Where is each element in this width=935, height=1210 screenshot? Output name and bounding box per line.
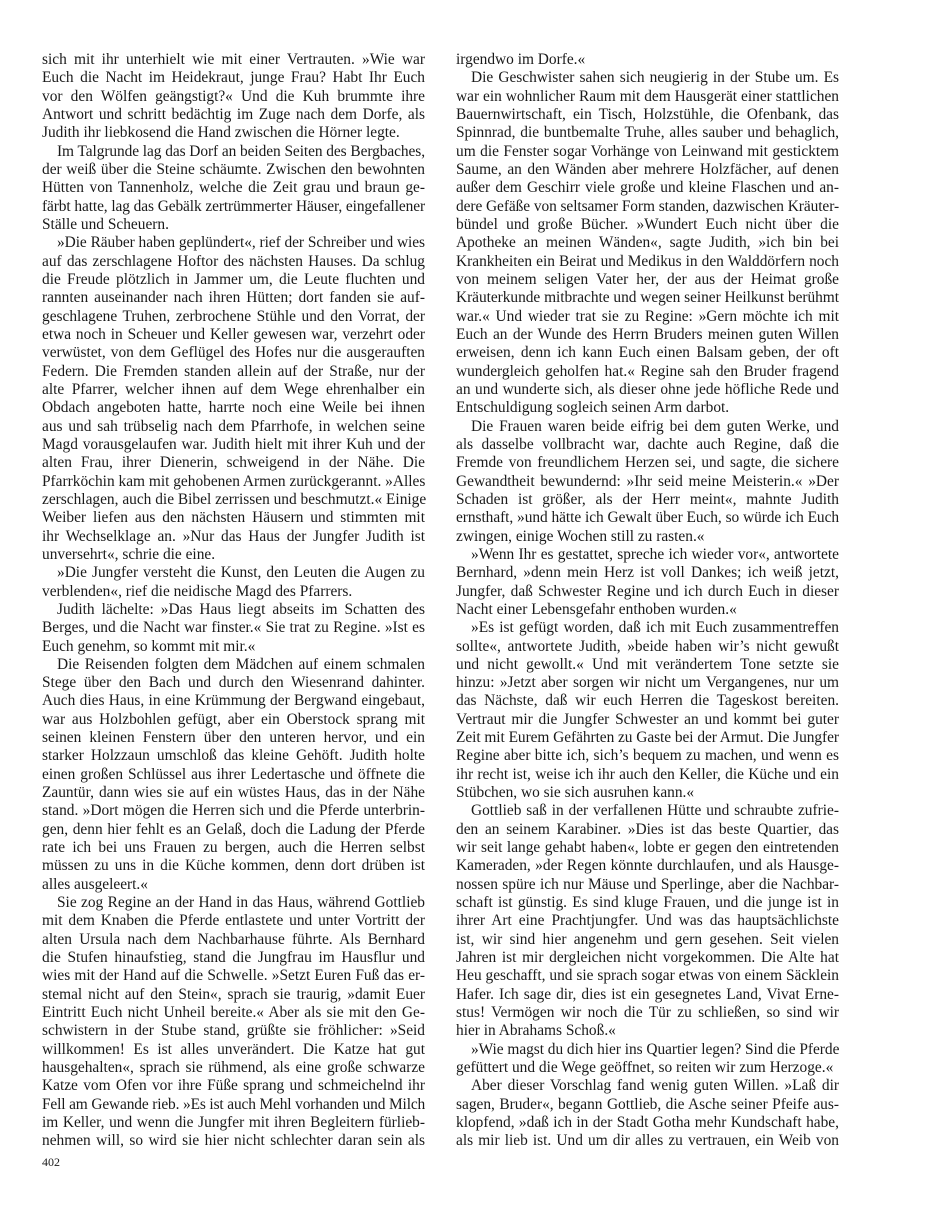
text-line: ihr recht ist, weise ich ihr auch den Ke… — [456, 766, 839, 784]
text-line: Federn. Die Fremden standen allein auf d… — [42, 363, 425, 381]
text-line: ihrer Art eine Prachtjungfer. Und was da… — [456, 912, 839, 930]
text-line: sollte«, antwortete Judith, »beide haben… — [456, 638, 839, 656]
text-line: Vertraut mir die Jungfer Schwester an un… — [456, 711, 839, 729]
text-line: Schaden ist größer, als der Herr meint«,… — [456, 491, 839, 509]
text-line: den an seinem Karabiner. »Dies ist das b… — [456, 821, 839, 839]
text-line: alte Pfarrer, welcher ihnen auf dem Wege… — [42, 381, 425, 399]
text-line: »Die Räuber haben geplündert«, rief der … — [42, 234, 425, 252]
page-number: 402 — [42, 1155, 60, 1170]
text-line: Die Frauen waren beide eifrig bei dem gu… — [456, 418, 839, 436]
text-line: Berges, und die Nacht war finster.« Sie … — [42, 619, 425, 637]
text-line: die Stufen hinaufstieg, stand die Jungfr… — [42, 949, 425, 967]
text-line: Bernhard, »denn mein Herz ist voll Danke… — [456, 564, 839, 582]
text-line: ihr Wechselklage an. »Nur das Haus der J… — [42, 528, 425, 546]
text-line: Euch an der Wunde des Herrn Bruders mein… — [456, 326, 839, 344]
text-line: aus und sah trübselig nach dem Pfarrhofe… — [42, 418, 425, 436]
text-line: auf das zerschlagene Hoftor des nächsten… — [42, 253, 425, 271]
text-line: als dasselbe vollbracht war, dachte auch… — [456, 436, 839, 454]
text-line: verwüstet, von dem Geflügel des Hofes nu… — [42, 344, 425, 362]
text-line: alten Ursula nach dem Nachbarhause führt… — [42, 931, 425, 949]
text-line: irgendwo im Dorfe.« — [456, 51, 839, 69]
text-line: zerschlagen, auch die Bibel zerrissen un… — [42, 491, 425, 509]
text-line: verblenden«, rief die neidische Magd des… — [42, 583, 425, 601]
text-line: im Keller, und wenn die Jungfer mit ihre… — [42, 1114, 425, 1132]
text-line: erweisen, denn ich kann Euch einen Balsa… — [456, 344, 839, 362]
text-line: Hafer. Ich sage dir, dies ist ein gesegn… — [456, 986, 839, 1004]
text-line: und nicht gewollt.« Und mit verändertem … — [456, 656, 839, 674]
text-line: rannten auseinander nach ihren Hütten; d… — [42, 289, 425, 307]
text-line: Judith lächelte: »Das Haus liegt abseits… — [42, 601, 425, 619]
text-line: Bauernwirtschaft, ein Tisch, Holzstühle,… — [456, 106, 839, 124]
text-line: wundergleich geholfen hat.« Regine sah d… — [456, 363, 839, 381]
text-line: Jahren ist mir dergleichen nicht vorgeko… — [456, 949, 839, 967]
text-line: »Wenn Ihr es gestattet, spreche ich wied… — [456, 546, 839, 564]
text-line: Spinnrad, die buntbemalte Truhe, alles s… — [456, 124, 839, 142]
text-line: Entschuldigung sogleich seinen Arm darbo… — [456, 399, 839, 417]
text-line: hausgehalten«, sprach sie rühmend, als e… — [42, 1059, 425, 1077]
text-line: an und wunderte sich, als dieser ohne je… — [456, 381, 839, 399]
text-line: von meinem seligen Vater her, der aus de… — [456, 271, 839, 289]
left-column: sich mit ihr unterhielt wie mit einer Ve… — [42, 51, 425, 1151]
text-line: Die Geschwister sahen sich neugierig in … — [456, 69, 839, 87]
text-line: Stübchen, wo sie sich ausruhen kann.« — [456, 784, 839, 802]
text-line: das Nächste, daß wir euch Herren die Tag… — [456, 692, 839, 710]
text-line: Eintritt Euch nicht Unheil bereite.« Abe… — [42, 1004, 425, 1022]
text-line: ist, wir sind hier angenehm und gern ges… — [456, 931, 839, 949]
text-line: um die Fenster sogar Vorhänge von Leinwa… — [456, 143, 839, 161]
text-line: hier in Abrahams Schoß.« — [456, 1022, 839, 1040]
text-line: Saume, an den Wänden aber mehrere Holzfä… — [456, 161, 839, 179]
text-line: alten Frau, ihrer Dienerin, schweigend i… — [42, 454, 425, 472]
text-line: wies mit der Hand auf die Schwelle. »Set… — [42, 967, 425, 985]
text-line: stand. »Dort mögen die Herren sich und d… — [42, 802, 425, 820]
text-line: Heu geschafft, und sie sprach sogar etwa… — [456, 967, 839, 985]
text-line: nehmen will, so wird sie hier nicht schl… — [42, 1132, 425, 1150]
text-line: Antwort und schritt bedächtig im Zuge na… — [42, 106, 425, 124]
text-line: klopfend, »daß ich in der Stadt Gotha me… — [456, 1114, 839, 1132]
text-line: Hütten von Tannenholz, welche die Zeit g… — [42, 179, 425, 197]
text-line: war ein wohnlicher Raum mit dem Hausgerä… — [456, 88, 839, 106]
text-line: etwa noch in Scheuer und Keller gewesen … — [42, 326, 425, 344]
text-line: der weiß über die Steine schäumte. Zwisc… — [42, 161, 425, 179]
text-line: Auch dies Haus, in eine Krümmung der Ber… — [42, 692, 425, 710]
text-line: Katze vom Ofen vor ihre Füße sprang und … — [42, 1077, 425, 1095]
text-line: ernsthaft, »und hätte ich Gewalt über Eu… — [456, 509, 839, 527]
text-line: Sie zog Regine an der Hand in das Haus, … — [42, 894, 425, 912]
text-line: gen, denn hier fehlt es an Gelaß, doch d… — [42, 821, 425, 839]
text-line: gefüttert und die Wege geöffnet, so reit… — [456, 1059, 839, 1077]
text-line: schaft ist günstig. Es sind kluge Frauen… — [456, 894, 839, 912]
text-line: müssen zu uns in die Küche kommen, denn … — [42, 857, 425, 875]
text-line: alles ausgeleert.« — [42, 876, 425, 894]
text-line: Gottlieb saß in der verfallenen Hütte un… — [456, 802, 839, 820]
text-line: Stege über den Bach und durch den Wiesen… — [42, 674, 425, 692]
text-line: Regine aber bitte ich, sich’s bequem zu … — [456, 747, 839, 765]
text-line: war aus Holzbohlen gefügt, aber ein Ober… — [42, 711, 425, 729]
right-column: irgendwo im Dorfe.«Die Geschwister sahen… — [456, 51, 839, 1151]
text-line: Aber dieser Vorschlag fand wenig guten W… — [456, 1077, 839, 1095]
text-line: sich mit ihr unterhielt wie mit einer Ve… — [42, 51, 425, 69]
text-line: schwistern in der Stube stand, grüßte si… — [42, 1022, 425, 1040]
text-line: war.« Und wieder trat sie zu Regine: »Ge… — [456, 308, 839, 326]
text-line: hinzu: »Jetzt aber sorgen wir nicht um V… — [456, 674, 839, 692]
text-line: »Es ist gefügt worden, daß ich mit Euch … — [456, 619, 839, 637]
text-line: Im Talgrunde lag das Dorf an beiden Seit… — [42, 143, 425, 161]
text-line: einen großen Schlüssel aus ihrer Lederta… — [42, 766, 425, 784]
text-line: wir seit lange gehabt haben«, lobte er g… — [456, 839, 839, 857]
text-line: außer dem Geschirr viele große und klein… — [456, 179, 839, 197]
text-line: mit dem Knaben die Pferde entlastete und… — [42, 912, 425, 930]
text-line: seinen kleinen Fenstern über den unteren… — [42, 729, 425, 747]
text-line: Zeit mit Eurem Gefährten zu Gaste bei de… — [456, 729, 839, 747]
text-line: nossen spüre ich nur Mäuse und Sperlinge… — [456, 876, 839, 894]
text-line: Magd vorausgelaufen war. Judith hielt mi… — [42, 436, 425, 454]
text-line: Euch die Nacht im Heidekraut, junge Frau… — [42, 69, 425, 87]
text-line: Weiber liefen aus den nächsten Häusern u… — [42, 509, 425, 527]
text-line: Euch genehm, so kommt mit mir.« — [42, 638, 425, 656]
text-line: Gewandtheit bewundernd: »Ihr seid meine … — [456, 473, 839, 491]
text-line: Kräuterkunde mitbrachte und wegen seiner… — [456, 289, 839, 307]
text-line: Fell am Gewande rieb. »Es ist auch Mehl … — [42, 1096, 425, 1114]
text-line: rate ich bei uns Frauen zu bergen, auch … — [42, 839, 425, 857]
text-line: Pfarrköchin kam mit gehobenen Armen zurü… — [42, 473, 425, 491]
text-line: starker Holzzaun umschloß das kleine Geh… — [42, 747, 425, 765]
text-line: Nacht einer Lebensgefahr enthoben wurden… — [456, 601, 839, 619]
text-line: stus! Vermögen wir noch die Tür zu schli… — [456, 1004, 839, 1022]
text-line: vor den Wölfen geängstigt?« Und die Kuh … — [42, 88, 425, 106]
text-line: »Wie magst du dich hier ins Quartier leg… — [456, 1041, 839, 1059]
text-line: geschlagene Truhen, zerbrochene Stühle u… — [42, 308, 425, 326]
text-line: bündel und große Bücher. »Wundert Euch n… — [456, 216, 839, 234]
text-line: unversehrt«, schrie die eine. — [42, 546, 425, 564]
text-line: Fremde von freundlichem Herzen sei, und … — [456, 454, 839, 472]
text-line: dere Gefäße von seltsamer Form standen, … — [456, 198, 839, 216]
text-line: färbt hatte, lag das Gebälk zertrümmerte… — [42, 198, 425, 216]
text-line: stemal nicht auf den Stein«, sprach sie … — [42, 986, 425, 1004]
text-line: sagen, Bruder«, begann Gottlieb, die Asc… — [456, 1096, 839, 1114]
text-line: als mir lieb ist. Und um dir alles zu ve… — [456, 1132, 839, 1150]
text-line: Jungfer, daß Schwester Regine und ich du… — [456, 583, 839, 601]
text-line: Die Reisenden folgten dem Mädchen auf ei… — [42, 656, 425, 674]
text-line: zwingen, einige Wochen still zu rasten.« — [456, 528, 839, 546]
text-line: Obdach angeboten hatte, harrte noch eine… — [42, 399, 425, 417]
text-line: Ställe und Scheuern. — [42, 216, 425, 234]
text-line: willkommen! Es ist alles unverändert. Di… — [42, 1041, 425, 1059]
text-line: Apotheke an meinen Wänden«, sagte Judith… — [456, 234, 839, 252]
text-line: Judith ihr liebkosend die Hand zwischen … — [42, 124, 425, 142]
text-line: »Die Jungfer versteht die Kunst, den Leu… — [42, 564, 425, 582]
text-line: Kameraden, »der Regen könnte durchlaufen… — [456, 857, 839, 875]
text-line: Krankheiten ein Beirat und Medikus in de… — [456, 253, 839, 271]
text-line: die Freude plötzlich in Jammer um, die L… — [42, 271, 425, 289]
text-line: Zauntür, dann wies sie auf ein wüstes Ha… — [42, 784, 425, 802]
